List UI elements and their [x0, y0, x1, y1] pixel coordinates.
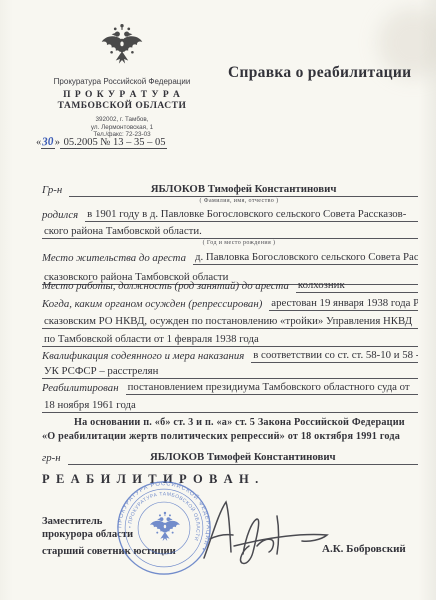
field-value: УК РСФСР – расстрелян [42, 365, 418, 379]
address-line: 392002, г. Тамбов, [32, 116, 212, 124]
field-value: 18 ноября 1961 года [42, 399, 418, 413]
field-born: родился в 1901 году в д. Павловке Богосл… [42, 208, 418, 222]
field-label: Квалификация содеянного и мера наказания [42, 350, 251, 363]
field-caption: ( Год и место рождения ) [60, 240, 418, 246]
field-value: ЯБЛОКОВ Тимофей Константинович [68, 451, 418, 465]
coat-of-arms-icon [96, 22, 148, 70]
field-occupation: Место работы, должность (род занятий) до… [42, 279, 418, 293]
handwritten-day: 30 [42, 136, 54, 149]
org-name-line1: П Р О К У Р А Т У Р А [32, 90, 212, 100]
field-rehabilitated-by: Реабилитирован постановлением президиума… [42, 381, 418, 395]
field-label: Гр-н [42, 184, 69, 197]
letterhead: Прокуратура Российской Федерации П Р О К… [32, 22, 212, 139]
field-born-cont: ского района Тамбовской области. [42, 225, 418, 239]
conclusion-name-line: гр-н ЯБЛОКОВ Тимофей Константинович [42, 451, 418, 465]
field-conviction-cont2: по Тамбовской области от 1 февраля 1938 … [42, 333, 418, 347]
field-label: Место жительства до ареста [42, 252, 193, 265]
legal-basis-line1: На основании п. «б» ст. 3 и п. «а» ст. 5… [42, 417, 422, 428]
field-value: д. Павловка Богословского сельского Сове… [193, 251, 418, 265]
field-label: Реабилитирован [42, 382, 126, 395]
field-value: по Тамбовской области от 1 февраля 1938 … [42, 333, 418, 347]
field-value: постановлением президиума Тамбовского об… [126, 381, 418, 395]
parent-org-line: Прокуратура Российской Федерации [32, 77, 212, 86]
org-name-line2: ТАМБОВСКОЙ ОБЛАСТИ [32, 101, 212, 111]
document-title: Справка о реабилитации [228, 64, 411, 82]
signer-name: А.К. Бобровский [322, 543, 406, 555]
field-caption: ( Фамилия, имя, отчество ) [60, 198, 418, 204]
field-rehabilitated-date: 18 ноября 1961 года [42, 399, 418, 413]
field-citizen: Гр-н ЯБЛОКОВ Тимофей Константинович [42, 183, 418, 197]
field-value: ского района Тамбовской области. [42, 225, 418, 239]
field-value: арестован 19 января 1938 года Рас- [269, 297, 418, 311]
handwritten-signature [198, 494, 333, 566]
field-value: колхозник [296, 279, 418, 293]
field-conviction: Когда, каким органом осужден (репрессиро… [42, 297, 418, 311]
field-value: в 1901 году в д. Павловке Богословского … [85, 208, 418, 222]
legal-basis-line2: «О реабилитации жертв политических репре… [42, 431, 422, 442]
rehabilitation-certificate-scan: Прокуратура Российской Федерации П Р О К… [0, 0, 436, 600]
signer-position-line1: Заместитель [42, 516, 102, 527]
reference-date-number: 05.2005 № 13 – 35 – 05 [60, 137, 167, 149]
field-label: родился [42, 209, 85, 222]
field-residence: Место жительства до ареста д. Павловка Б… [42, 251, 418, 265]
field-conviction-cont: сказовским РО НКВД, осужден по постановл… [42, 315, 418, 329]
address-line: ул. Лермонтовская, 1 [32, 124, 212, 132]
field-sentence: Квалификация содеянного и мера наказания… [42, 349, 418, 363]
field-label: Когда, каким органом осужден (репрессиро… [42, 298, 269, 311]
reference-number-line: «30» 05.2005 № 13 – 35 – 05 [36, 136, 167, 148]
field-value: ЯБЛОКОВ Тимофей Константинович [69, 183, 418, 197]
field-value: в соответствии со ст. ст. 58-10 и 58 -11 [251, 349, 418, 363]
field-label: гр-н [42, 452, 68, 465]
field-value: сказовским РО НКВД, осужден по постановл… [42, 315, 418, 329]
field-sentence-cont: УК РСФСР – расстрелян [42, 365, 418, 379]
stamp-eagle-icon [150, 512, 180, 541]
field-label: Место работы, должность (род занятий) до… [42, 280, 296, 293]
